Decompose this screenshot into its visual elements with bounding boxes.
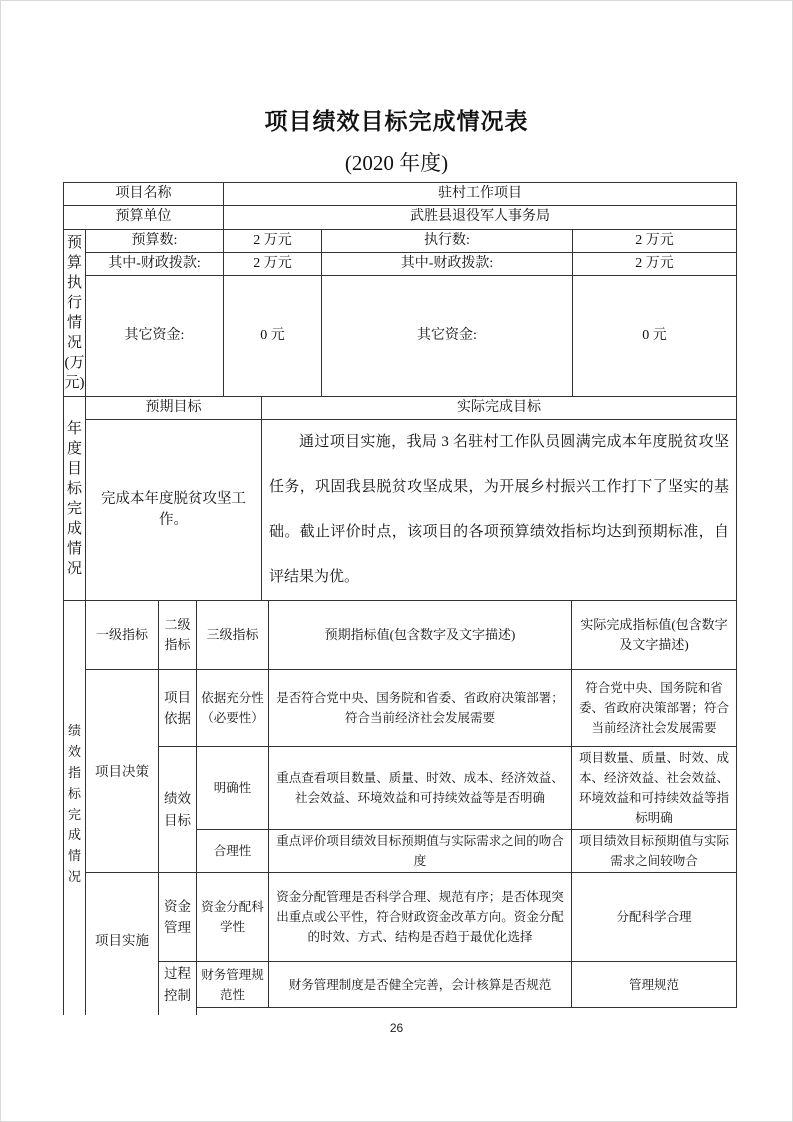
page-number: 26	[0, 1021, 793, 1035]
table-row: 其中-财政拨款: 2 万元 其中-财政拨款: 2 万元	[64, 252, 737, 275]
execution-amount-label: 执行数:	[322, 229, 573, 252]
budget-amount-label: 预算数:	[86, 229, 224, 252]
page-title: 项目绩效目标完成情况表	[0, 103, 793, 136]
budget-section-table: 项目名称 驻村工作项目 预算单位 武胜县退役军人事务局 预 算 执 行 情 况 …	[63, 182, 737, 397]
indicator-header-row: 绩 效 指 标 完 成 情 况 一级指标 二级指标 三级指标 预期指标值(包含数…	[64, 601, 737, 670]
fiscal-allocation-label: 其中-财政拨款:	[86, 252, 224, 275]
actual-goal-header: 实际完成目标	[262, 397, 737, 420]
table-continuation-line	[158, 1007, 159, 1015]
actual-basis-sufficiency: 符合党中央、国务院和省委、省政府决策部署；符合当前经济社会发展需要	[572, 670, 737, 747]
indicator-section-table: 绩 效 指 标 完 成 情 况 一级指标 二级指标 三级指标 预期指标值(包含数…	[63, 600, 737, 1008]
actual-fund-allocation: 分配科学合理	[572, 873, 737, 962]
table-continuation-line	[85, 1007, 86, 1015]
project-name-label: 项目名称	[64, 183, 224, 206]
header-level3: 三级指标	[197, 601, 269, 670]
level1-project-implementation: 项目实施	[86, 873, 159, 1008]
expected-financial-regulation: 财务管理制度是否健全完善，会计核算是否规范	[269, 962, 572, 1008]
table-row: 绩效目标 明确性 重点查看项目数量、质量、时效、成本、经济效益、社会效益、环境效…	[64, 747, 737, 830]
level2-project-basis: 项目依据	[159, 670, 197, 747]
table-continuation-line	[196, 1007, 197, 1015]
table-row: 其它资金: 0 元 其它资金: 0 元	[64, 276, 737, 397]
budget-side-label: 预 算 执 行 情 况 (万 元)	[64, 229, 86, 397]
expected-goal-header: 预期目标	[86, 397, 262, 420]
page-subtitle: (2020 年度)	[0, 147, 793, 177]
annual-side-label: 年 度 目 标 完 成 情 况	[64, 397, 86, 601]
expected-clarity: 重点查看项目数量、质量、时效、成本、经济效益、社会效益、环境效益和可持续效益等是…	[269, 747, 572, 830]
document-page: 项目绩效目标完成情况表 (2020 年度) 项目名称 驻村工作项目 预算单位 武…	[0, 0, 793, 1122]
table-row: 项目实施 资金管理 资金分配科学性 资金分配管理是否科学合理、规范有序；是否体现…	[64, 873, 737, 962]
budget-unit-value: 武胜县退役军人事务局	[224, 206, 737, 229]
table-row: 预 算 执 行 情 况 (万 元) 预算数: 2 万元 执行数: 2 万元	[64, 229, 737, 252]
level3-financial-regulation: 财务管理规范性	[197, 962, 269, 1008]
actual-clarity: 项目数量、质量、时效、成本、经济效益、社会效益、环境效益和可持续效益等指标明确	[572, 747, 737, 830]
indicator-side-label: 绩 效 指 标 完 成 情 况	[64, 601, 86, 1008]
level3-fund-allocation: 资金分配科学性	[197, 873, 269, 962]
actual-financial-regulation: 管理规范	[572, 962, 737, 1008]
table-row: 项目决策 项目依据 依据充分性（必要性） 是否符合党中央、国务院和省委、省政府决…	[64, 670, 737, 747]
other-funds-label: 其它资金:	[86, 276, 224, 397]
actual-goal-text: 通过项目实施，我局 3 名驻村工作队员圆满完成本年度脱贫攻坚任务，巩固我县脱贫攻…	[262, 420, 737, 601]
table-row: 年 度 目 标 完 成 情 况 预期目标 实际完成目标	[64, 397, 737, 420]
level2-process-control: 过程控制	[159, 962, 197, 1008]
annual-goal-section-table: 年 度 目 标 完 成 情 况 预期目标 实际完成目标 完成本年度脱贫攻坚工作。…	[63, 396, 737, 601]
fiscal-allocation-value: 2 万元	[224, 252, 322, 275]
expected-goal-text: 完成本年度脱贫攻坚工作。	[86, 420, 262, 601]
fiscal-allocation-exec-value: 2 万元	[573, 252, 737, 275]
level2-performance-goal: 绩效目标	[159, 747, 197, 873]
header-level2: 二级指标	[159, 601, 197, 670]
table-continuation-line	[63, 1007, 64, 1015]
other-funds-exec-label: 其它资金:	[322, 276, 573, 397]
table-row: 完成本年度脱贫攻坚工作。 通过项目实施，我局 3 名驻村工作队员圆满完成本年度脱…	[64, 420, 737, 601]
header-level1: 一级指标	[86, 601, 159, 670]
expected-basis-sufficiency: 是否符合党中央、国务院和省委、省政府决策部署；符合当前经济社会发展需要	[269, 670, 572, 747]
header-expected-value: 预期指标值(包含数字及文字描述)	[269, 601, 572, 670]
header-actual-value: 实际完成指标值(包含数字及文字描述)	[572, 601, 737, 670]
execution-amount-value: 2 万元	[573, 229, 737, 252]
table-row: 预算单位 武胜县退役军人事务局	[64, 206, 737, 229]
budget-amount-value: 2 万元	[224, 229, 322, 252]
level3-reasonableness: 合理性	[197, 830, 269, 873]
budget-unit-label: 预算单位	[64, 206, 224, 229]
project-name-value: 驻村工作项目	[224, 183, 737, 206]
table-row: 项目名称 驻村工作项目	[64, 183, 737, 206]
level2-fund-management: 资金管理	[159, 873, 197, 962]
actual-reasonableness: 项目绩效目标预期值与实际需求之间较吻合	[572, 830, 737, 873]
expected-reasonableness: 重点评价项目绩效目标预期值与实际需求之间的吻合度	[269, 830, 572, 873]
level3-clarity: 明确性	[197, 747, 269, 830]
performance-table: 项目名称 驻村工作项目 预算单位 武胜县退役军人事务局 预 算 执 行 情 况 …	[63, 182, 737, 1008]
other-funds-value: 0 元	[224, 276, 322, 397]
fiscal-allocation-exec-label: 其中-财政拨款:	[322, 252, 573, 275]
expected-fund-allocation: 资金分配管理是否科学合理、规范有序；是否体现突出重点或公平性，符合财政资金改革方…	[269, 873, 572, 962]
table-row: 过程控制 财务管理规范性 财务管理制度是否健全完善，会计核算是否规范 管理规范	[64, 962, 737, 1008]
level1-project-decision: 项目决策	[86, 670, 159, 873]
level3-basis-sufficiency: 依据充分性（必要性）	[197, 670, 269, 747]
other-funds-exec-value: 0 元	[573, 276, 737, 397]
